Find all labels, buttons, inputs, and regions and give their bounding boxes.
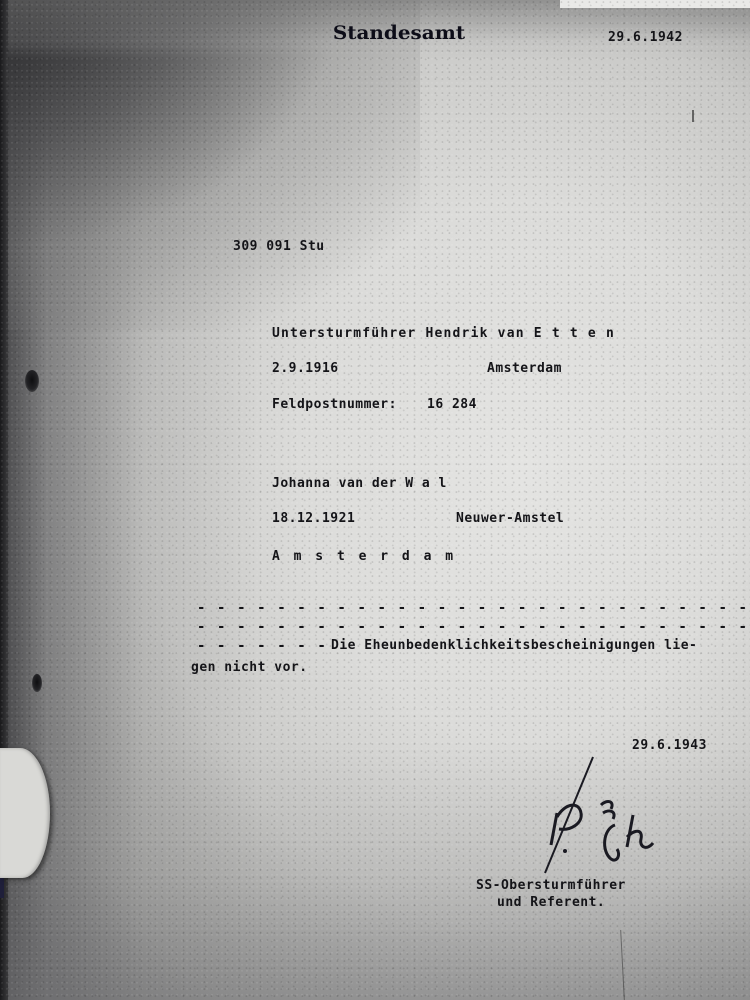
scanned-document-page: Standesamt 29.6.1942 309 091 Stu Unterst…: [0, 0, 750, 1000]
field-post-number: 16 284: [427, 397, 477, 412]
groom-birth-date: 2.9.1916: [272, 361, 339, 376]
page-top-edge: [560, 0, 750, 8]
dash-line-3: - - - - - - -: [197, 638, 327, 654]
bride-birth-place: Neuwer-Amstel: [456, 511, 564, 526]
punch-hole-lower: [32, 674, 42, 692]
ink-mark: [692, 110, 694, 122]
groom-birth-place: Amsterdam: [487, 361, 562, 376]
groom-name: Untersturmführer Hendrik van E t t e n: [272, 326, 615, 341]
bride-name: Johanna van der W a l: [272, 476, 447, 491]
closing-date: 29.6.1943: [632, 738, 707, 753]
signatory-title-line-2: und Referent.: [497, 895, 605, 910]
bride-residence: A m s t e r d a m: [272, 549, 456, 564]
office-stamp: Standesamt: [333, 22, 465, 44]
reference-number: 309 091 Stu: [233, 239, 325, 254]
punch-hole-upper: [25, 370, 39, 392]
bride-birth-date: 18.12.1921: [272, 511, 355, 526]
dash-line-2: - - - - - - - - - - - - - - - - - - - - …: [197, 619, 750, 635]
dash-line-1: - - - - - - - - - - - - - - - - - - - - …: [197, 600, 750, 616]
handwritten-signature: [535, 755, 665, 875]
header-date: 29.6.1942: [608, 30, 683, 45]
remark-text-line-2: gen nicht vor.: [191, 660, 308, 675]
signatory-title-line-1: SS-Obersturmführer: [476, 878, 626, 893]
field-post-label: Feldpostnummer:: [272, 397, 397, 412]
remark-text-line-1: Die Eheunbedenklichkeitsbescheinigungen …: [331, 638, 697, 653]
